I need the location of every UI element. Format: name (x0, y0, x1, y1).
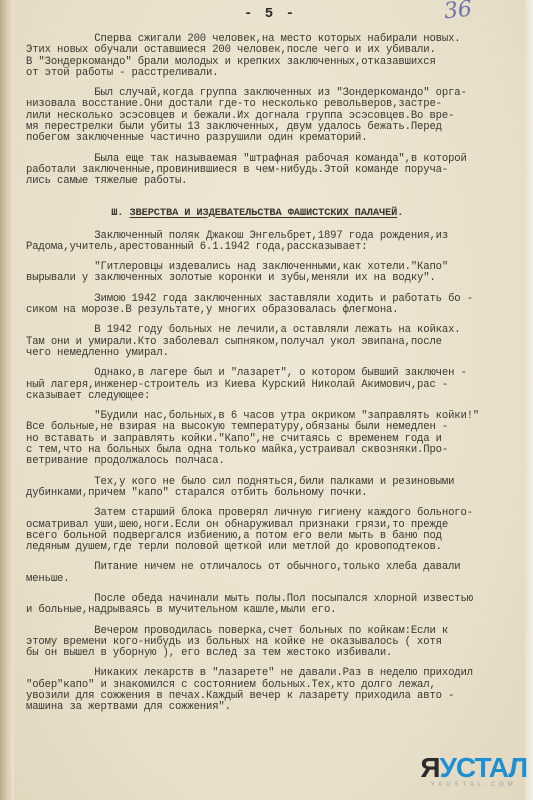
text-line: машина за жертвами для сожжения". (26, 702, 524, 713)
paragraph: "Будили нас,больных,в 6 часов утра окрик… (26, 411, 524, 467)
section-title: ЗВЕРСТВА И ИЗДЕВАТЕЛЬСТВА ФАШИСТСКИХ ПАЛ… (129, 207, 397, 219)
watermark-logo: ЯУСТАЛ (420, 755, 527, 781)
text-line: побегом заключенные частично разрушили о… (26, 133, 524, 144)
text-line: Затем старший блока проверял личную гиги… (26, 508, 524, 519)
text-line: ветривание продолжалось полчаса. (26, 456, 524, 467)
text-line: Однако,в лагере был и "лазарет", о котор… (26, 368, 524, 379)
watermark-site: YAUSTAL.COM (420, 782, 527, 788)
spacer (26, 714, 524, 723)
section-number: Ш. (111, 207, 129, 219)
document-page: - 5 - 36 Сперва сжигали 200 человек,на м… (14, 0, 526, 800)
text-line: от этой работы - расстреливали. (26, 68, 524, 79)
paragraph: Зимою 1942 года заключенных заставляли х… (26, 294, 524, 317)
text-line: сказывает следующее: (26, 391, 524, 402)
paper-left-edge (0, 0, 12, 800)
text-line: Радома,учитель,арестованный 6.1.1942 год… (26, 242, 524, 253)
text-line: чего немедленно умирал. (26, 348, 524, 359)
text-line: меньше. (26, 574, 524, 585)
text-line: В 1942 году больных не лечили,а оставлял… (26, 325, 524, 336)
paragraph: Питание ничем не отличалось от обычного,… (26, 562, 524, 585)
handwritten-archive-number: 36 (443, 0, 473, 24)
spacer (26, 188, 524, 208)
text-line: вырывали у заключенных золотые коронки и… (26, 273, 524, 284)
paragraph: После обеда начинали мыть полы.Пол посып… (26, 594, 524, 617)
paragraph: Был случай,когда группа заключенных из "… (26, 88, 524, 144)
paragraph: Затем старший блока проверял личную гиги… (26, 508, 524, 553)
text-line: сиком на морозе.В результате,у многих об… (26, 305, 524, 316)
paragraph: В 1942 году больных не лечили,а оставлял… (26, 325, 524, 359)
text-line: Питание ничем не отличалось от обычного,… (26, 562, 524, 573)
paragraph: Однако,в лагере был и "лазарет", о котор… (26, 368, 524, 402)
text-line: Этих новых обучали оставшиеся 200 челове… (26, 45, 524, 56)
paragraph: Никаких лекарств в "лазарете" не давали.… (26, 668, 524, 713)
paper-right-edge (525, 0, 533, 800)
paragraph: Вечером проводилась поверка,счет больных… (26, 626, 524, 660)
text-line: и больные,надрываясь в мучительном кашле… (26, 605, 524, 616)
text-line: бы он вышел в уборную ), его вслед за те… (26, 648, 524, 659)
text-line: ледяным душем,где терли половой щеткой и… (26, 542, 524, 553)
watermark: ЯУСТАЛ YAUSTAL.COM (420, 755, 527, 788)
paragraph: Заключенный поляк Джакош Энгельбрет,1897… (26, 231, 524, 254)
paragraph: "Гитлеровцы издевались над заключенными,… (26, 262, 524, 285)
paragraph: Сперва сжигали 200 человек,на место кото… (26, 34, 524, 79)
paragraph: Тех,у кого не было сил подняться,били па… (26, 477, 524, 500)
text-line: лись самые тяжелые работы. (26, 176, 524, 187)
typewritten-body: Сперва сжигали 200 человек,на место кото… (26, 34, 524, 723)
section-heading: Ш. ЗВЕРСТВА И ИЗДЕВАТЕЛЬСТВА ФАШИСТСКИХ … (26, 208, 524, 222)
text-line: дубинками,причем "капо" старался отбить … (26, 488, 524, 499)
paragraph: Была еще так называемая "штрафная рабоча… (26, 154, 524, 188)
